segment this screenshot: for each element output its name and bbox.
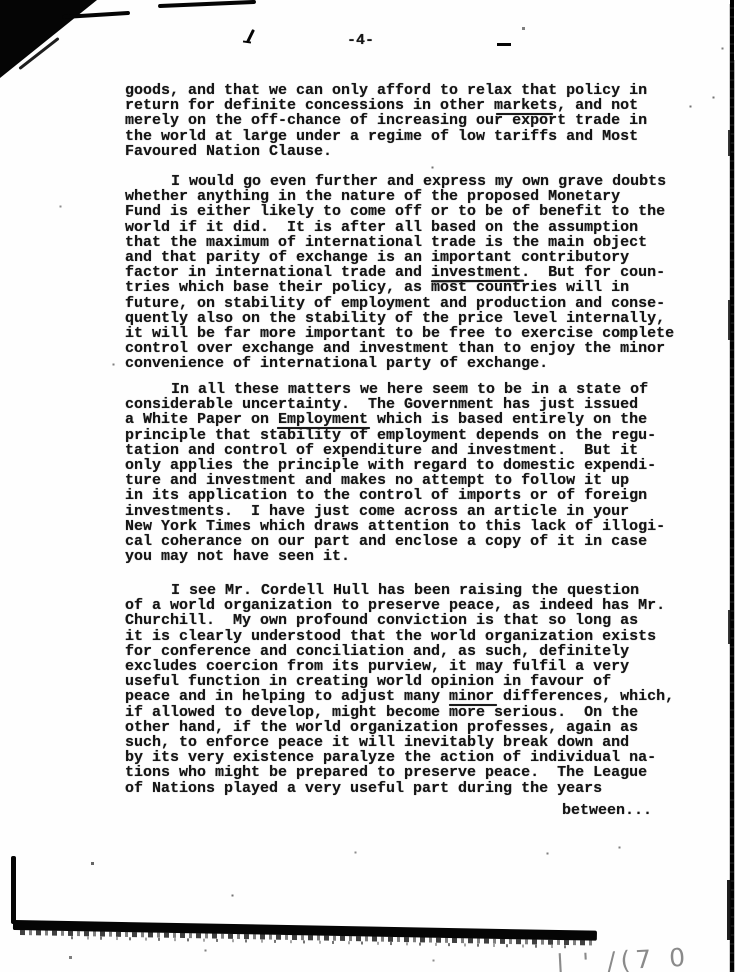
text-line: goods, and that we can only afford to re… [125,83,685,98]
text-line: peace and in helping to adjust many mino… [125,689,685,704]
stray-dash-mark [497,43,511,46]
text-line: tries which base their policy, as most c… [125,280,685,295]
text-line: Favoured Nation Clause. [125,144,685,159]
text-line: useful function in creating world opinio… [125,674,685,689]
scan-edge-blob [727,880,731,940]
text-line: such, to enforce peace it will inevitabl… [125,735,685,750]
text-line: for conference and conciliation and, as … [125,644,685,659]
paragraph: I would go even further and express my o… [125,174,685,372]
text-line: world if it did. It is after all based o… [125,220,685,235]
catchword: between... [562,803,652,818]
pen-underline-employment [277,427,370,429]
text-line: ture and investment and makes no attempt… [125,473,685,488]
text-line: I see Mr. Cordell Hull has been raising … [125,583,685,598]
paragraph: I see Mr. Cordell Hull has been raising … [125,583,685,796]
text-line: I would go even further and express my o… [125,174,685,189]
text-line: whether anything in the nature of the pr… [125,189,685,204]
text-line: tions who might be prepared to preserve … [125,765,685,780]
text-line: future, on stability of employment and p… [125,296,685,311]
text-line: return for definite concessions in other… [125,98,685,113]
scan-edge-blob [728,300,731,340]
text-line: In all these matters we here seem to be … [125,382,685,397]
text-line: only applies the principle with regard t… [125,458,685,473]
scan-edge-line [11,856,16,924]
text-line: Fund is either likely to come off or to … [125,204,685,219]
text-line: if allowed to develop, might become more… [125,705,685,720]
corner-fold-artifact [0,0,100,80]
page-number: -4- [347,33,374,48]
text-line: in its application to the control of imp… [125,488,685,503]
text-line: tation and control of expenditure and in… [125,443,685,458]
text-line: other hand, if the world organization pr… [125,720,685,735]
pen-underline-markets [496,113,553,115]
text-line: quently also on the stability of the pri… [125,311,685,326]
ink-streak-artifact [158,0,256,8]
text-line: cal coherance on our part and enclose a … [125,534,685,549]
text-line: it will be far more important to be free… [125,326,685,341]
text-line: Churchill. My own profound conviction is… [125,613,685,628]
text-line: by its very existence paralyze the actio… [125,750,685,765]
scan-speckles [0,0,1,1]
text-line: investments. I have just come across an … [125,504,685,519]
text-line: convenience of international party of ex… [125,356,685,371]
text-line: factor in international trade and invest… [125,265,685,280]
text-line: it is clearly understood that the world … [125,629,685,644]
text-line: a White Paper on Employment which is bas… [125,412,685,427]
scan-edge-blob [728,130,731,156]
paragraph: In all these matters we here seem to be … [125,382,685,564]
text-line: of a world organization to preserve peac… [125,598,685,613]
document-page: -4- goods, and that we can only afford t… [0,0,750,972]
text-line: of Nations played a very useful part dur… [125,781,685,796]
pen-underline-minor [449,704,497,706]
text-line: New York Times which draws attention to … [125,519,685,534]
ink-mark [243,40,251,43]
paragraph: goods, and that we can only afford to re… [125,83,685,159]
text-line: considerable uncertainty. The Government… [125,397,685,412]
text-line: principle that stability of employment d… [125,428,685,443]
text-line: and that parity of exchange is an import… [125,250,685,265]
scan-edge-blob [728,610,731,644]
text-line: excludes coercion from its purview, it m… [125,659,685,674]
text-line: you may not have seen it. [125,549,685,564]
text-line: that the maximum of international trade … [125,235,685,250]
text-line: control over exchange and investment tha… [125,341,685,356]
text-line: merely on the off-chance of increasing o… [125,113,685,128]
text-line: the world at large under a regime of low… [125,129,685,144]
